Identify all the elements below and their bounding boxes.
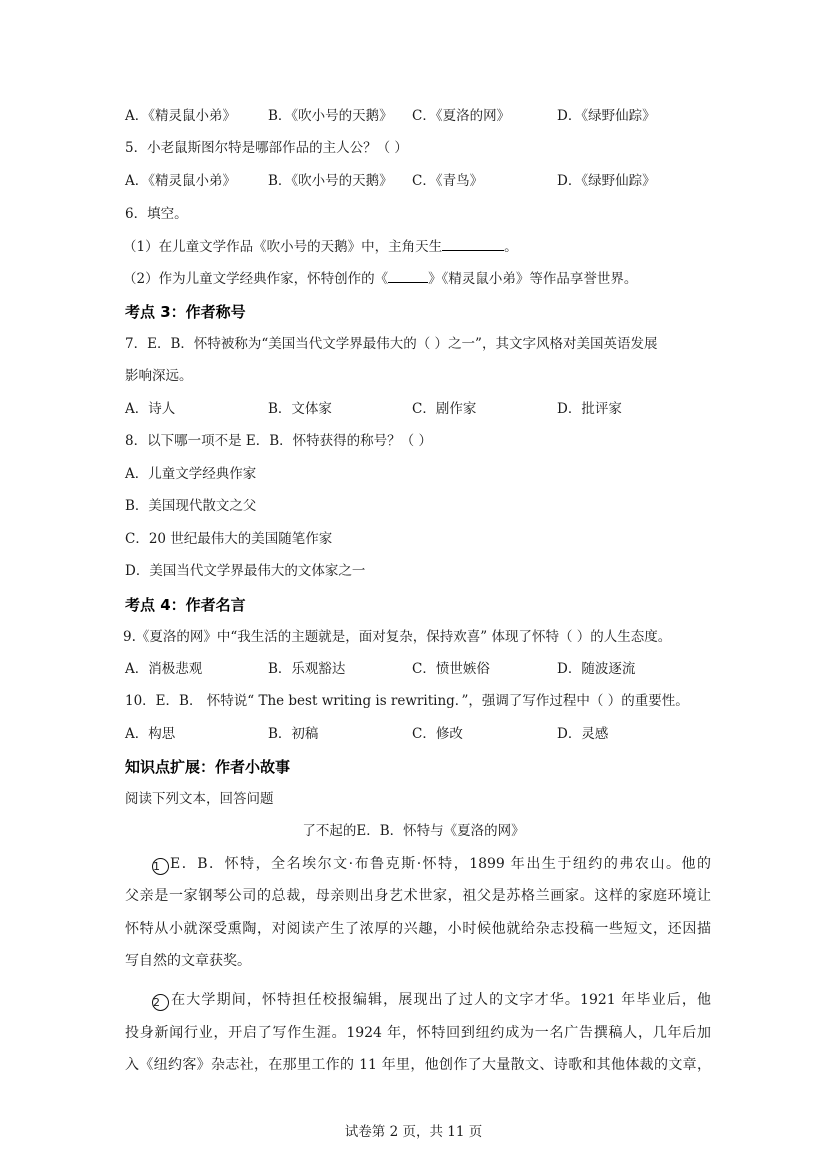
q8-option-d: D．美国当代文学界最伟大的文体家之一 bbox=[125, 561, 365, 581]
q8-option-c: C．20 世纪最伟大的美国随笔作家 bbox=[125, 529, 332, 549]
paragraph-number-2: 2 bbox=[152, 994, 169, 1011]
q6-sub2-blank[interactable] bbox=[388, 268, 428, 283]
q8-option-b: B．美国现代散文之父 bbox=[125, 496, 256, 516]
passage-title: 了不起的E．B．怀特与《夏洛的网》 bbox=[0, 821, 827, 841]
section-heading-4: 考点 4：作者名言 bbox=[125, 594, 246, 616]
passage-paragraph-1-line-2: 父亲是一家钢琴公司的总裁，母亲则出身艺术世家，祖父是苏格兰画家。这样的家庭环境让 bbox=[125, 880, 711, 913]
paragraph-1-text-1: E．B．怀特，全名埃尔文·布鲁克斯·怀特，1899 年出生于纽约的弗农山。他的 bbox=[170, 856, 711, 872]
q6-sub1-blank[interactable] bbox=[442, 236, 504, 251]
q5-option-b: B．《吹小号的天鹅》 bbox=[268, 171, 393, 191]
passage-paragraph-2-line-2: 投身新闻行业，开启了写作生涯。1924 年，怀特回到纽约成为一名广告撰稿人，几年… bbox=[125, 1017, 711, 1050]
q10-stem: 10．E．B． 怀特说“ The best writing is rewriti… bbox=[125, 691, 689, 711]
q9-option-a: A．消极悲观 bbox=[125, 659, 202, 679]
section-heading-extension: 知识点扩展：作者小故事 bbox=[125, 756, 290, 778]
q10-option-c: C．修改 bbox=[412, 724, 463, 744]
q6-sub1-text: （1）在儿童文学作品《吹小号的天鹅》中，主角天生 bbox=[123, 239, 442, 255]
passage-paragraph-1-line-3: 怀特从小就深受熏陶，对阅读产生了浓厚的兴趣，小时候他就给杂志投稿一些短文，还因描 bbox=[125, 913, 711, 946]
q10-option-b: B．初稿 bbox=[268, 724, 318, 744]
q7-stem-line1: 7．E．B．怀特被称为“美国当代文学界最伟大的（ ）之一”，其文字风格对美国英语… bbox=[125, 334, 657, 354]
passage-paragraph-1-line-1: 1E．B．怀特，全名埃尔文·布鲁克斯·怀特，1899 年出生于纽约的弗农山。他的 bbox=[125, 848, 711, 881]
q7-option-b: B．文体家 bbox=[268, 399, 332, 419]
q9-stem: 9.《夏洛的网》中“我生活的主题就是，面对复杂，保持欢喜” 体现了怀特（ ）的人… bbox=[123, 627, 671, 647]
q4-option-b: B．《吹小号的天鹅》 bbox=[268, 106, 393, 126]
q10-option-d: D．灵感 bbox=[557, 724, 608, 744]
q10-option-a: A．构思 bbox=[125, 724, 175, 744]
q6-sub2-text: （2）作为儿童文学经典作家，怀特创作的《 bbox=[123, 271, 388, 287]
q4-option-a: A．《精灵鼠小弟》 bbox=[125, 106, 236, 126]
paragraph-2-text-1: 在大学期间，怀特担任校报编辑，展现出了过人的文字才华。1921 年毕业后，他 bbox=[170, 992, 711, 1008]
q9-option-b: B．乐观豁达 bbox=[268, 659, 345, 679]
passage-paragraph-2-line-1: 2在大学期间，怀特担任校报编辑，展现出了过人的文字才华。1921 年毕业后，他 bbox=[125, 984, 711, 1017]
exam-page: A．《精灵鼠小弟》 B．《吹小号的天鹅》 C．《夏洛的网》 D．《绿野仙踪》 5… bbox=[0, 0, 827, 1169]
q4-option-c: C．《夏洛的网》 bbox=[412, 106, 510, 126]
q7-option-d: D．批评家 bbox=[557, 399, 622, 419]
q8-option-a: A．儿童文学经典作家 bbox=[125, 464, 256, 484]
q5-option-a: A．《精灵鼠小弟》 bbox=[125, 171, 236, 191]
passage-paragraph-1-line-4: 写自然的文章获奖。 bbox=[125, 945, 711, 978]
paragraph-number-1: 1 bbox=[152, 858, 169, 875]
q4-option-d: D．《绿野仙踪》 bbox=[557, 106, 656, 126]
q7-option-c: C．剧作家 bbox=[412, 399, 476, 419]
q5-option-d: D．《绿野仙踪》 bbox=[557, 171, 656, 191]
q6-sub1-end: 。 bbox=[504, 239, 518, 255]
q7-stem-line2: 影响深远。 bbox=[125, 366, 193, 386]
q5-option-c: C．《青鸟》 bbox=[412, 171, 483, 191]
q7-option-a: A．诗人 bbox=[125, 399, 175, 419]
reading-instruction: 阅读下列文本，回答问题 bbox=[125, 789, 274, 809]
q6-sub2-end: 》《精灵鼠小弟》等作品享誉世界。 bbox=[428, 271, 637, 287]
q5-stem: 5．小老鼠斯图尔特是哪部作品的主人公？（ ） bbox=[125, 138, 408, 158]
q9-option-d: D．随波逐流 bbox=[557, 659, 635, 679]
q6-stem: 6．填空。 bbox=[125, 204, 188, 224]
q9-option-c: C．愤世嫉俗 bbox=[412, 659, 490, 679]
passage-paragraph-2-line-3: 入《纽约客》杂志社，在那里工作的 11 年里，他创作了大量散文、诗歌和其他体裁的… bbox=[125, 1049, 711, 1082]
q8-stem: 8．以下哪一项不是 E．B．怀特获得的称号？（ ） bbox=[125, 431, 432, 451]
q6-sub1: （1）在儿童文学作品《吹小号的天鹅》中，主角天生。 bbox=[123, 236, 518, 257]
q6-sub2: （2）作为儿童文学经典作家，怀特创作的《》《精灵鼠小弟》等作品享誉世界。 bbox=[123, 268, 637, 289]
page-footer: 试卷第 2 页，共 11 页 bbox=[0, 1122, 827, 1142]
section-heading-3: 考点 3：作者称号 bbox=[125, 301, 246, 323]
